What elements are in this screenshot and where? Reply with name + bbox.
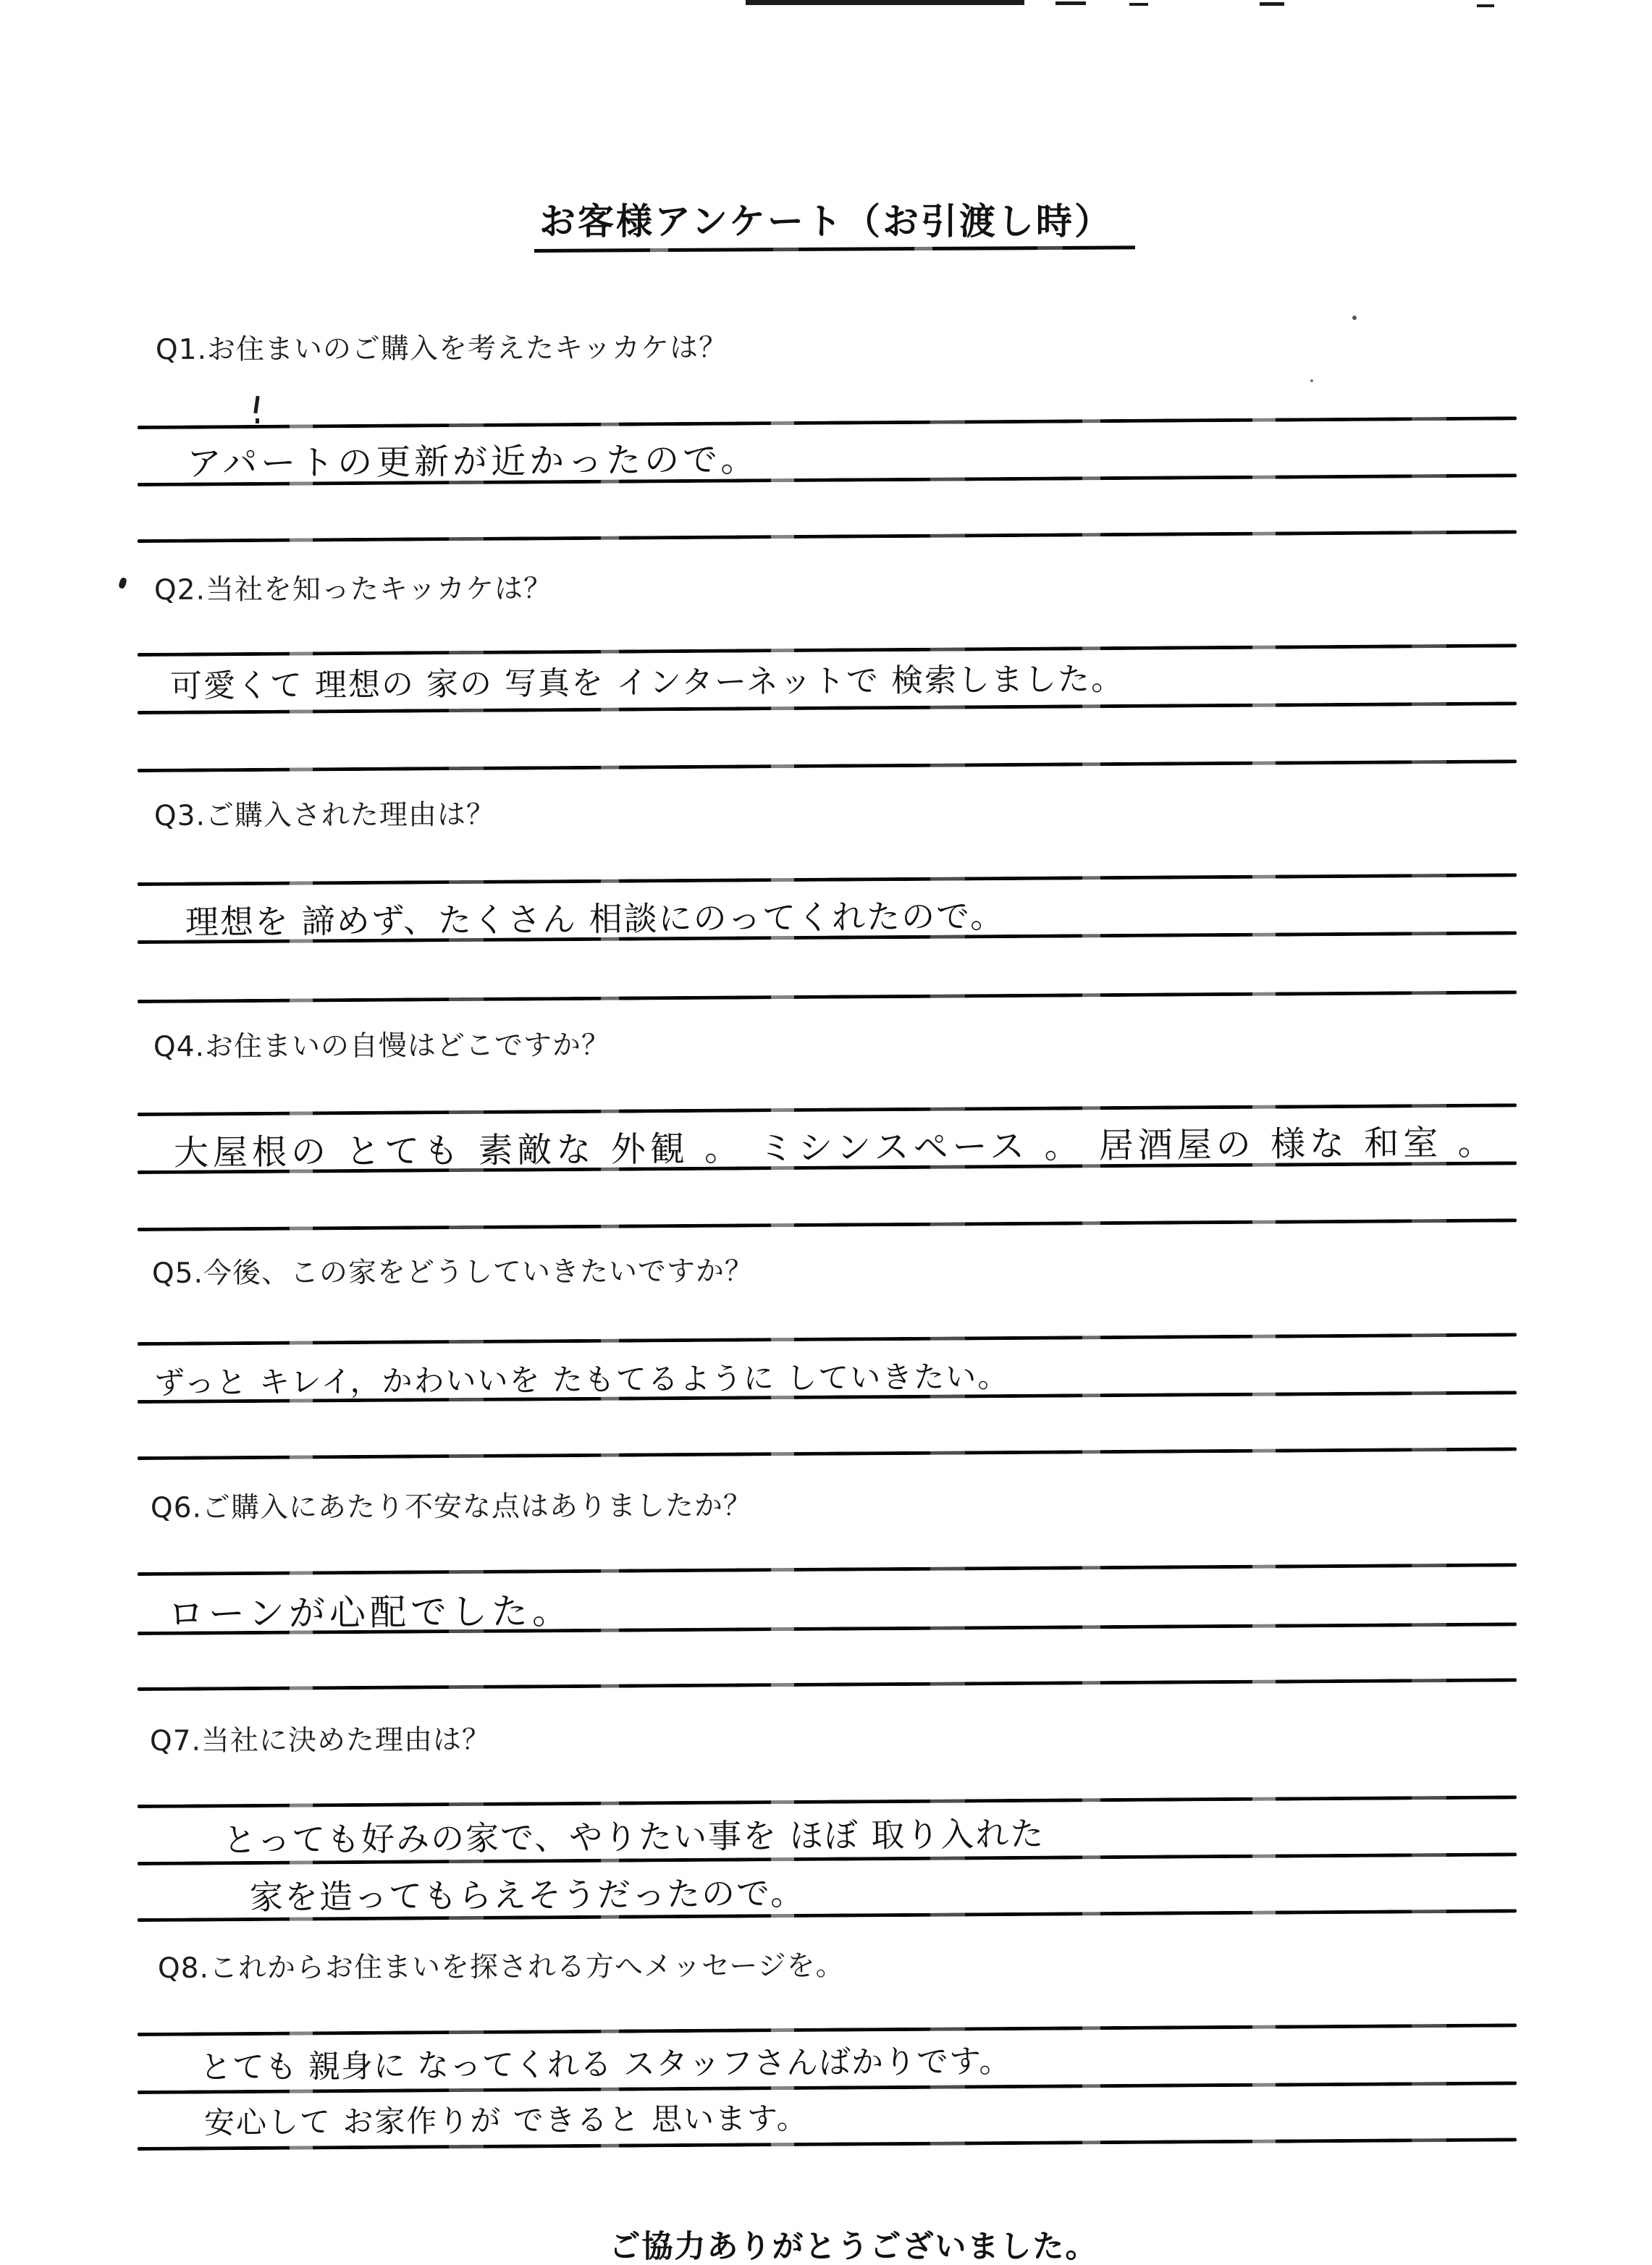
answer-ruled-line bbox=[138, 759, 1517, 772]
scan-artifact bbox=[253, 396, 259, 413]
answer-ruled-line bbox=[138, 1333, 1517, 1346]
answer-text-q7-line2: 家を造ってもらえそうだったので。 bbox=[250, 1867, 806, 1919]
question-label-q6: Q6.ご購入にあたり不安な点はありましたか？ bbox=[151, 1483, 752, 1526]
answer-ruled-line bbox=[138, 530, 1517, 543]
answer-text-q7-line1: とっても好みの家で、やりたい事を ほぼ 取り入れた bbox=[223, 1808, 1045, 1862]
answer-ruled-line bbox=[138, 990, 1517, 1003]
answer-text-q1-line1: アパートの更新が近かったので。 bbox=[187, 431, 759, 486]
scan-artifact bbox=[1129, 3, 1148, 6]
question-label-q1: Q1.お住まいのご購入を考えたキッカケは？ bbox=[156, 325, 728, 368]
scan-artifact bbox=[1055, 1, 1086, 5]
answer-ruled-line bbox=[138, 1218, 1517, 1231]
question-label-q5: Q5.今後、この家をどうしていきたいですか？ bbox=[152, 1249, 754, 1291]
answer-ruled-line bbox=[138, 2023, 1517, 2036]
scan-artifact bbox=[1310, 379, 1313, 382]
answer-text-q8-line2: 安心して お家作りが できると 思います。 bbox=[204, 2094, 809, 2143]
answer-ruled-line bbox=[138, 416, 1517, 429]
answer-ruled-line bbox=[138, 1678, 1517, 1691]
answer-ruled-line bbox=[138, 873, 1517, 886]
scanned-survey-page: お客様アンケート（お引渡し時） Q1.お住まいのご購入を考えたキッカケは？ アパ… bbox=[0, 0, 1652, 2265]
title-underline bbox=[534, 245, 1135, 253]
scan-artifact bbox=[1260, 2, 1284, 6]
question-label-q8: Q8.これからお住まいを探される方へメッセージを。 bbox=[158, 1943, 845, 1986]
answer-ruled-line bbox=[138, 1447, 1517, 1460]
scan-artifact bbox=[118, 577, 127, 589]
scan-artifact bbox=[1352, 316, 1357, 320]
scan-artifact bbox=[1477, 4, 1494, 7]
scan-artifact bbox=[746, 0, 1024, 5]
question-label-q7: Q7.当社に決めた理由は？ bbox=[150, 1717, 491, 1759]
footer-note: ご協力ありがとうございました。 bbox=[28, 2222, 1652, 2265]
answer-text-q8-line1: とても 親身に なってくれる スタッフさんばかりです。 bbox=[200, 2035, 1012, 2088]
question-label-q3: Q3.ご購入された理由は？ bbox=[154, 792, 495, 834]
answer-ruled-line bbox=[138, 1103, 1517, 1116]
answer-ruled-line bbox=[138, 1795, 1517, 1808]
question-label-q4: Q4.お住まいの自慢はどこですか？ bbox=[153, 1023, 610, 1065]
question-label-q2: Q2.当社を知ったキッカケは？ bbox=[154, 566, 552, 608]
answer-ruled-line bbox=[138, 1563, 1517, 1576]
survey-title: お客様アンケート（お引渡し時） bbox=[0, 193, 1652, 245]
scan-artifact bbox=[256, 418, 259, 423]
answer-text-q2-line1: 可愛くて 理想の 家の 写真を インターネットで 検索しました。 bbox=[170, 653, 1124, 707]
